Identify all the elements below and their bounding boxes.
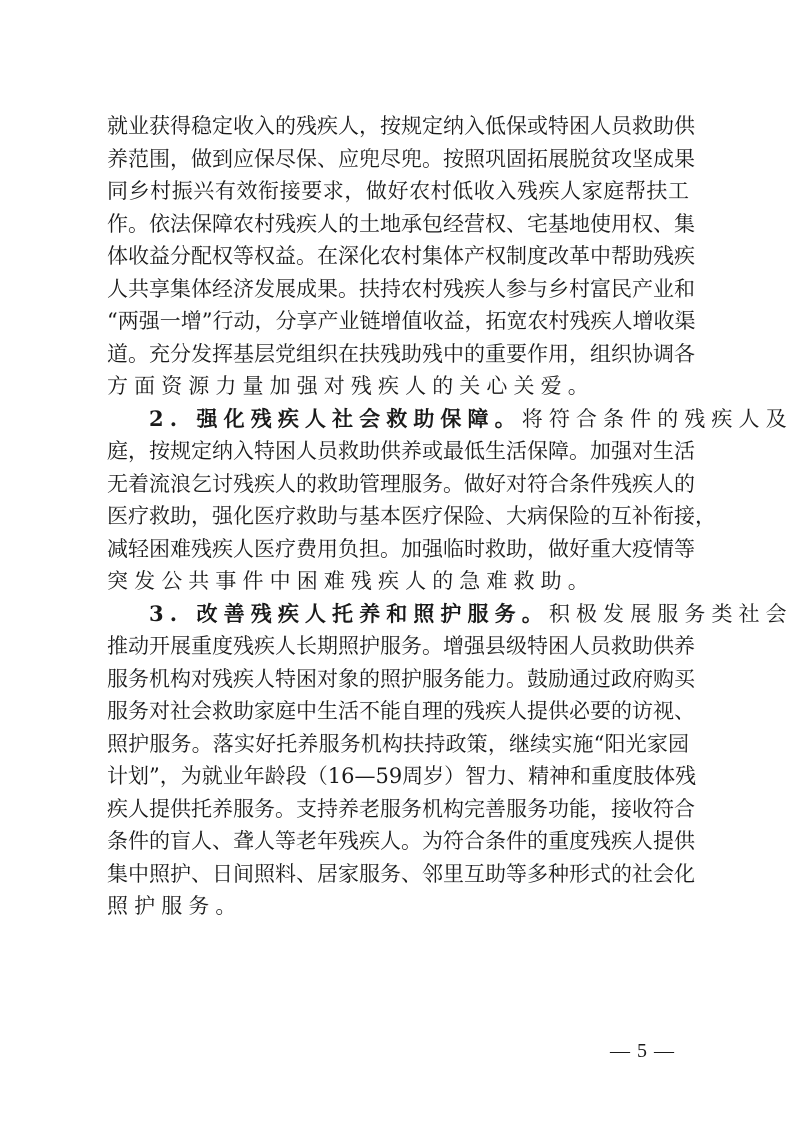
paragraph-3: 3. 改善残疾人托养和照护服务。积极发展服务类社会救助， 推动开展重度残疾人长期… xyxy=(107,598,689,923)
section-heading-2: 2. 强化残疾人社会救助保障。 xyxy=(149,406,522,431)
paragraph-1: 就业获得稳定收入的残疾人，按规定纳入低保或特困人员救助供 养范围，做到应保尽保、… xyxy=(107,110,689,403)
text-line: 照护服务。 xyxy=(107,890,689,923)
page-number: — 5 — xyxy=(610,1040,675,1063)
text-line: 服务对社会救助家庭中生活不能自理的残疾人提供必要的访视、 xyxy=(107,695,689,728)
text-line: “两强一增”行动，分享产业链增值收益，拓宽农村残疾人增收渠 xyxy=(107,305,689,338)
section-heading-3: 3. 改善残疾人托养和照护服务。 xyxy=(149,601,549,626)
text-line: 条件的盲人、聋人等老年残疾人。为符合条件的重度残疾人提供 xyxy=(107,825,689,858)
text-line: 庭，按规定纳入特困人员救助供养或最低生活保障。加强对生活 xyxy=(107,435,689,468)
text-line: 计划”，为就业年龄段（16—59周岁）智力、精神和重度肢体残 xyxy=(107,760,689,793)
text-line: 人共享集体经济发展成果。扶持农村残疾人参与乡村富民产业和 xyxy=(107,273,689,306)
text-line: 服务机构对残疾人特困对象的照护服务能力。鼓励通过政府购买 xyxy=(107,663,689,696)
text-line: 疾人提供托养服务。支持养老服务机构完善服务功能，接收符合 xyxy=(107,793,689,826)
text-line: 道。充分发挥基层党组织在扶残助残中的重要作用，组织协调各 xyxy=(107,338,689,371)
text-line: 照护服务。落实好托养服务机构扶持政策，继续实施“阳光家园 xyxy=(107,728,689,761)
text-line: 方面资源力量加强对残疾人的关心关爱。 xyxy=(107,370,689,403)
text-line: 养范围，做到应保尽保、应兜尽兜。按照巩固拓展脱贫攻坚成果 xyxy=(107,143,689,176)
heading-line-text: 积极发展服务类社会救助， xyxy=(549,602,793,626)
section-heading-line: 2. 强化残疾人社会救助保障。将符合条件的残疾人及其家 xyxy=(107,403,689,436)
heading-line-text: 将符合条件的残疾人及其家 xyxy=(522,407,793,431)
text-line: 推动开展重度残疾人长期照护服务。增强县级特困人员救助供养 xyxy=(107,630,689,663)
text-line: 作。依法保障农村残疾人的土地承包经营权、宅基地使用权、集 xyxy=(107,208,689,241)
document-page: 就业获得稳定收入的残疾人，按规定纳入低保或特困人员救助供 养范围，做到应保尽保、… xyxy=(107,110,689,923)
section-heading-line: 3. 改善残疾人托养和照护服务。积极发展服务类社会救助， xyxy=(107,598,689,631)
text-line: 减轻困难残疾人医疗费用负担。加强临时救助，做好重大疫情等 xyxy=(107,533,689,566)
text-line: 集中照护、日间照料、居家服务、邻里互助等多种形式的社会化 xyxy=(107,858,689,891)
text-line: 无着流浪乞讨残疾人的救助管理服务。做好对符合条件残疾人的 xyxy=(107,468,689,501)
text-line: 就业获得稳定收入的残疾人，按规定纳入低保或特困人员救助供 xyxy=(107,110,689,143)
text-line: 突发公共事件中困难残疾人的急难救助。 xyxy=(107,565,689,598)
paragraph-2: 2. 强化残疾人社会救助保障。将符合条件的残疾人及其家 庭，按规定纳入特困人员救… xyxy=(107,403,689,598)
text-line: 医疗救助，强化医疗救助与基本医疗保险、大病保险的互补衔接， xyxy=(107,500,689,533)
text-line: 体收益分配权等权益。在深化农村集体产权制度改革中帮助残疾 xyxy=(107,240,689,273)
text-line: 同乡村振兴有效衔接要求，做好农村低收入残疾人家庭帮扶工 xyxy=(107,175,689,208)
